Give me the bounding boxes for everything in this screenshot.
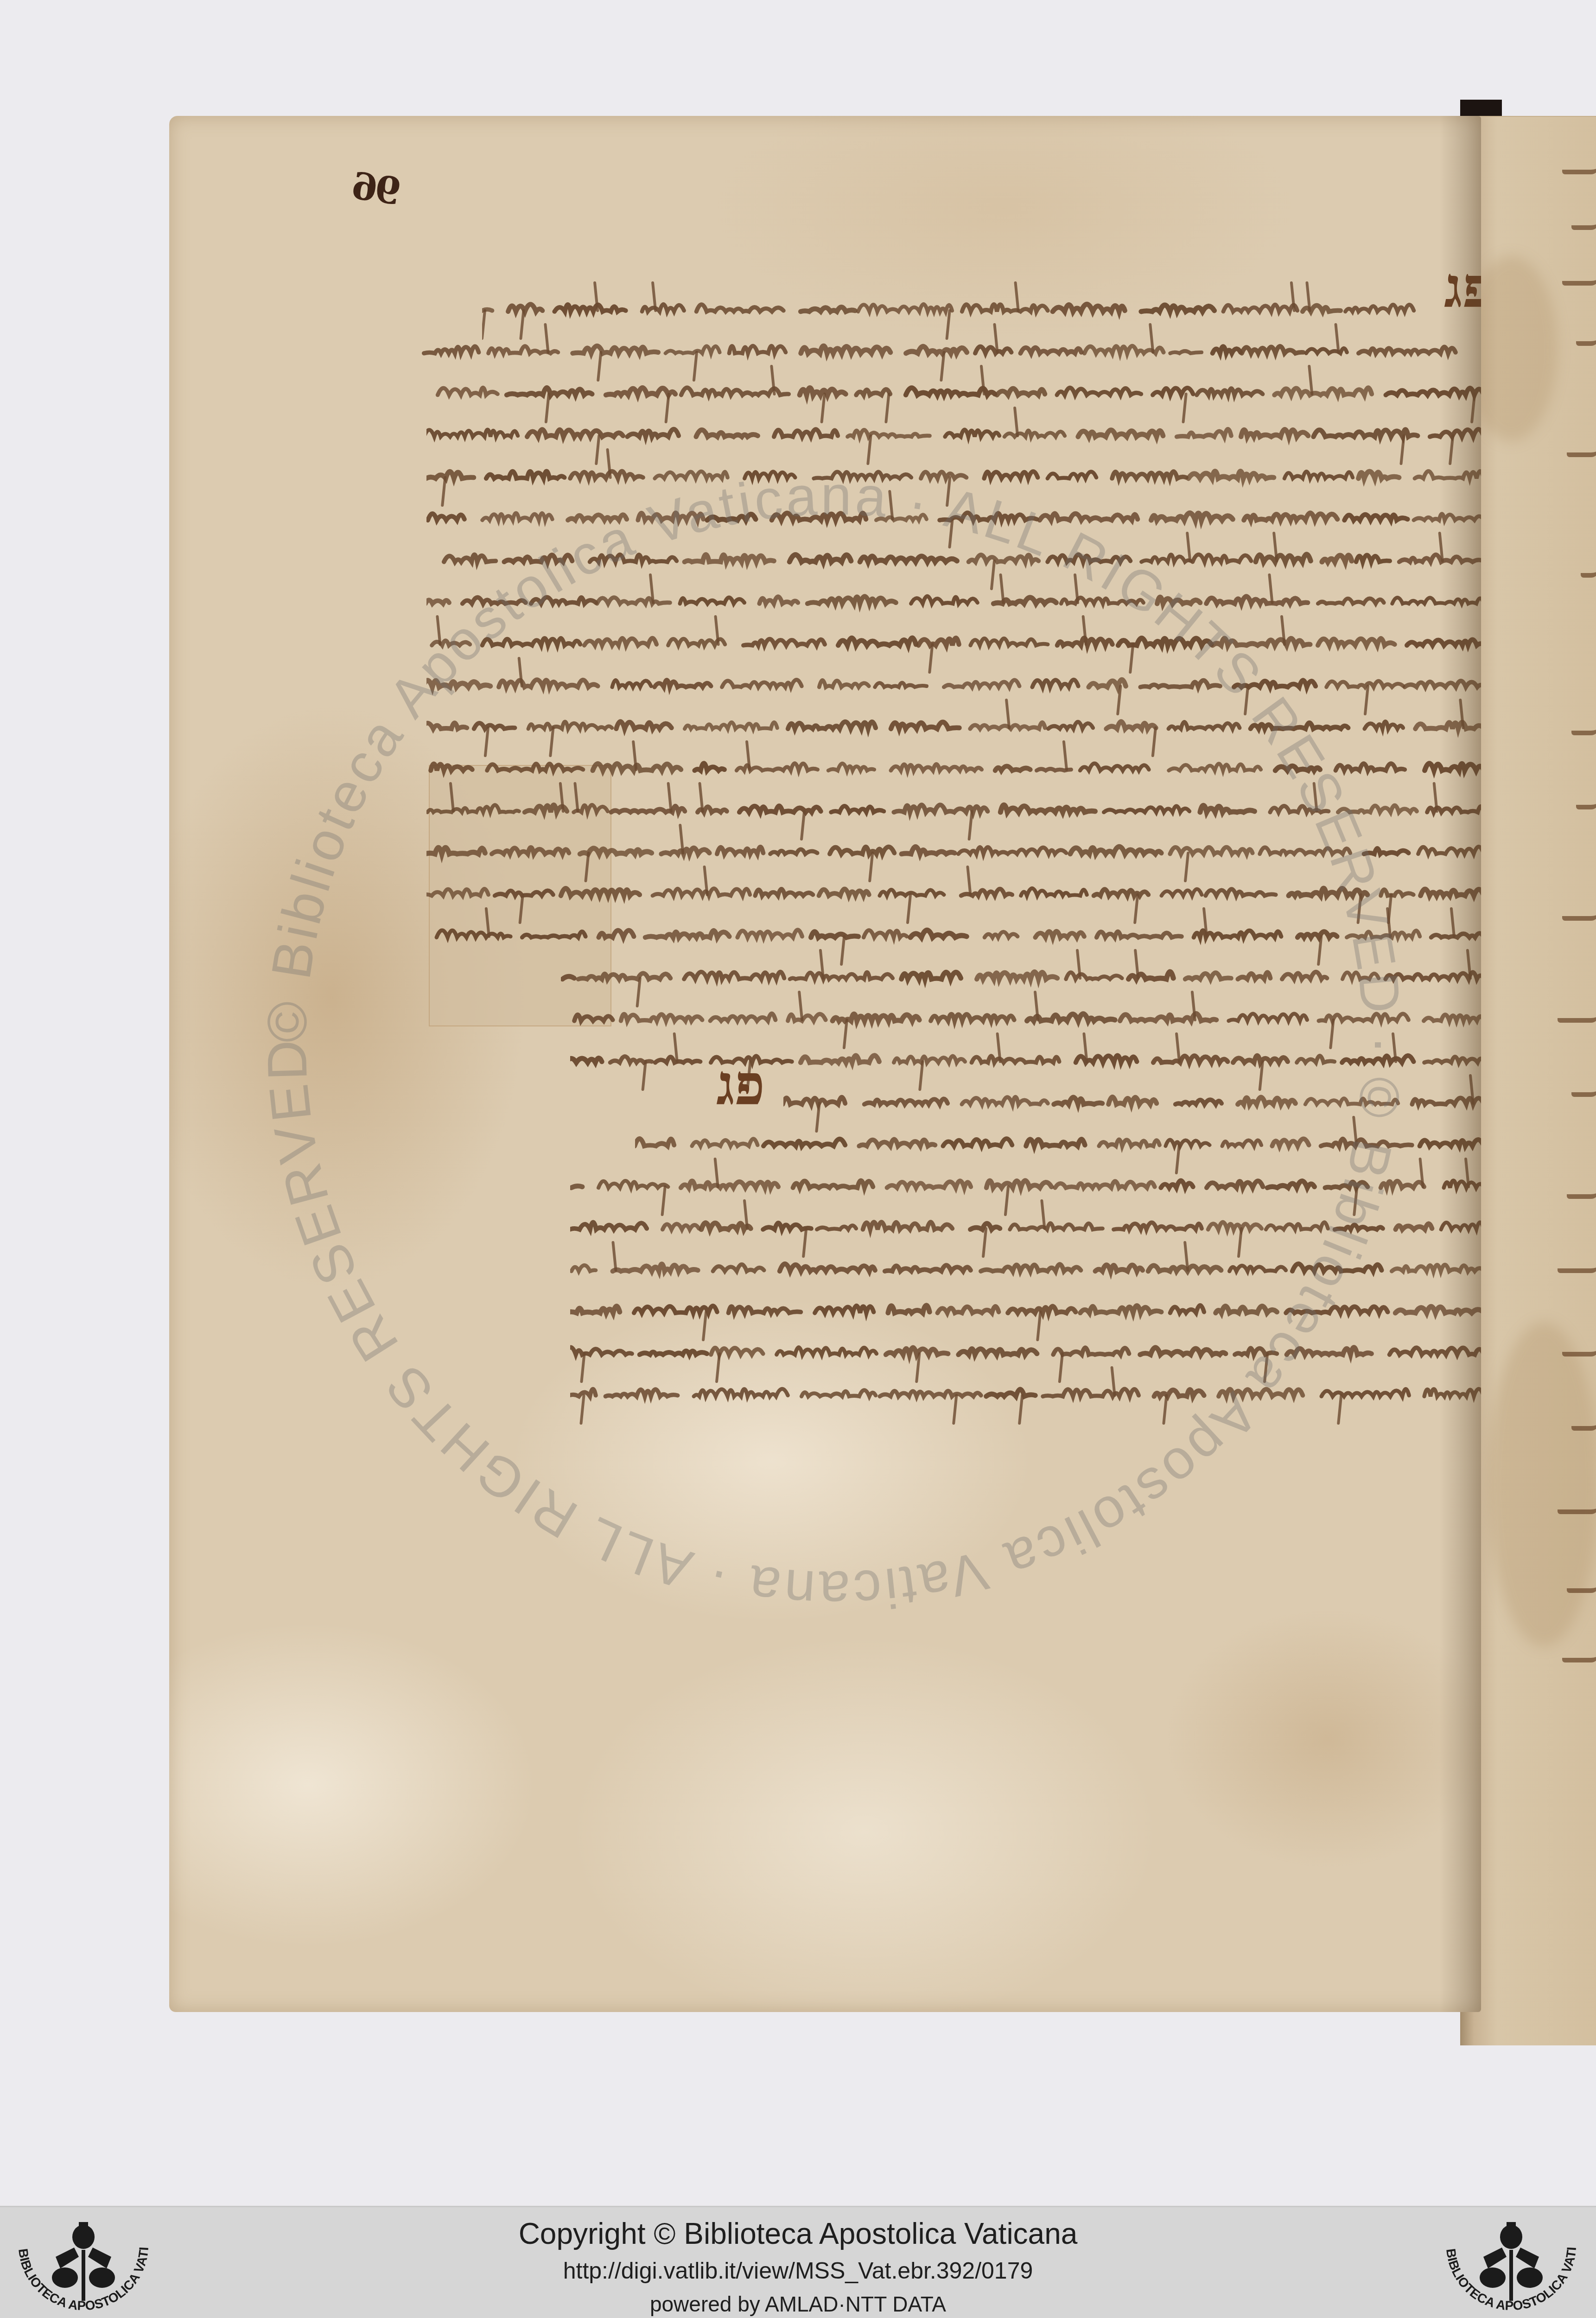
folio-number: 96 [352,164,403,214]
manuscript-line [570,987,1481,1029]
manuscript-line [426,403,1481,445]
manuscript-line [422,320,1460,362]
manuscript-line [783,1071,1481,1113]
manuscript-line [426,487,1481,529]
decorated-initial: פג [1444,260,1481,315]
manuscript-line [570,1280,1481,1321]
manuscript-line [426,654,1481,695]
manuscript-line [426,529,1481,570]
manuscript-folio: 96 פגפג © Biblioteca Apostolica Vaticana… [169,116,1481,2012]
manuscript-line [426,779,1481,821]
manuscript-line [570,1154,1481,1196]
manuscript-line [426,821,1481,862]
viewer-background-gap [1502,70,1596,116]
manuscript-line [570,1321,1481,1363]
vatican-library-logo-icon: BIBLIOTECA APOSTOLICA VATICANA [1432,2213,1590,2315]
manuscript-line [635,1113,1481,1154]
manuscript-line [426,737,1481,779]
manuscript-line [426,445,1481,487]
manuscript-line [426,862,1481,904]
manuscript-line [570,1029,1481,1071]
manuscript-line [426,570,1481,612]
powered-by-text: powered by AMLAD·NTT DATA [0,2292,1596,2317]
manuscript-line [482,278,1418,320]
manuscript-line [570,1196,1481,1238]
manuscript-line [570,1363,1481,1405]
copyright-text: Copyright © Biblioteca Apostolica Vatica… [0,2216,1596,2251]
manuscript-viewer[interactable]: 96 פגפג © Biblioteca Apostolica Vaticana… [0,0,1596,2206]
manuscript-line [570,1238,1481,1280]
manuscript-url[interactable]: http://digi.vatlib.it/view/MSS_Vat.ebr.3… [0,2257,1596,2284]
manuscript-line [426,362,1481,403]
copyright-footer: BIBLIOTECA APOSTOLICA VATICANA Copyright… [0,2206,1596,2318]
manuscript-line [561,946,1481,987]
decorated-initial: פג [716,1057,765,1113]
manuscript-line [426,612,1481,654]
manuscript-line [426,904,1481,946]
manuscript-line [426,695,1481,737]
